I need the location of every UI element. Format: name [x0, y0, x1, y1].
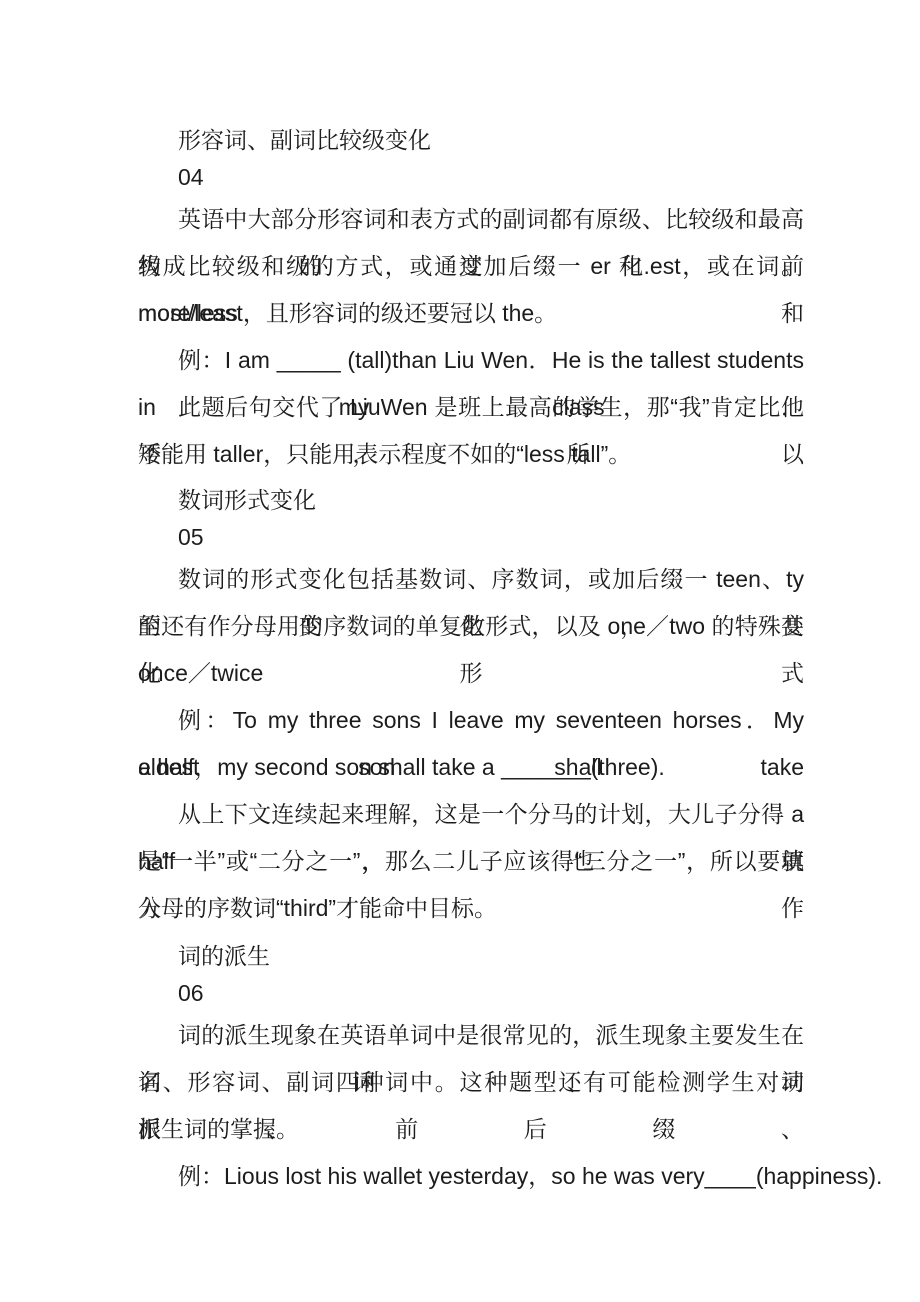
section-number: 06 [138, 975, 804, 1012]
body-line: 词的派生现象在英语单词中是很常见的，派生现象主要发生在名词、动 [138, 1012, 804, 1059]
section-heading: 词的派生 [138, 938, 804, 975]
body-line: 数词的形式变化包括基数词、序数词，或加后缀一 teen、ty 的变化，甚 [138, 556, 804, 603]
body-line: 至还有作分母用的序数词的单复数形式，以及 one／two 的特殊变化形式 [138, 603, 804, 650]
example-line: 例：To my three sons I leave my seventeen … [138, 697, 804, 744]
body-line: 构成比较级和级的方式，或通过加后缀一 er 和.est，或在词前 more/le… [138, 243, 804, 290]
body-line: 此题后句交代了 LiuWen 是班上最高的学生，那“我”肯定比他矮，所以 [138, 384, 804, 431]
section-number: 04 [138, 159, 804, 196]
example-line: 例：I am _____ (tall)than Liu Wen．He is th… [138, 337, 804, 384]
body-line: 从上下文连续起来理解，这是一个分马的计划，大儿子分得 a half，也就 [138, 791, 804, 838]
body-line: 词、形容词、副词四种词中。这种题型还有可能检测学生对词根、前后缀、 [138, 1059, 804, 1106]
body-line: 是“一半”或“二分之一”，那么二儿子应该得“三分之一”，所以要填入作 [138, 838, 804, 885]
section-heading: 形容词、副词比较级变化 [138, 122, 804, 159]
section-number: 05 [138, 519, 804, 556]
example-line: 例：Lious lost his wallet yesterday，so he … [138, 1153, 804, 1200]
document-page: 形容词、副词比较级变化 04 英语中大部分形容词和表方式的副词都有原级、比较级和… [0, 0, 920, 1302]
body-line: 英语中大部分形容词和表方式的副词都有原级、比较级和最高级的变化。 [138, 196, 804, 243]
section-heading: 数词形式变化 [138, 482, 804, 519]
